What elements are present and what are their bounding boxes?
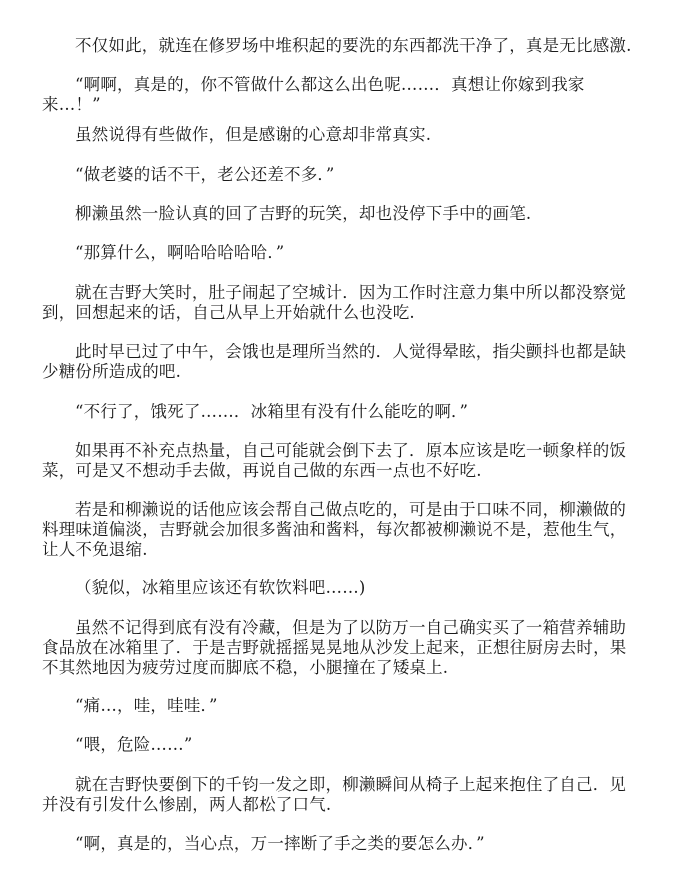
paragraph-3: 虽然说得有些做作，但是感谢的心意却非常真实. xyxy=(42,125,642,145)
paragraph-17: “啊，真是的，当心点，万一摔断了手之类的要怎么办．” xyxy=(42,834,642,854)
paragraph-4: “做老婆的话不干，老公还差不多．” xyxy=(42,165,642,185)
paragraph-2: “啊啊，真是的，你不管做什么都这么出色呢……．真想让你嫁到我家来…！” xyxy=(42,75,642,115)
paragraph-7: 就在吉野大笑时，肚子闹起了空城计．因为工作时注意力集中所以都没察觉到，回想起来的… xyxy=(42,283,642,323)
paragraph-10: 如果再不补充点热量，自己可能就会倒下去了．原本应该是吃一顿象样的饭菜，可是又不想… xyxy=(42,441,642,481)
paragraph-16: 就在吉野快要倒下的千钧一发之即，柳濑瞬间从椅子上起来抱住了自己．见并没有引发什么… xyxy=(42,775,642,815)
paragraph-11: 若是和柳濑说的话他应该会帮自己做点吃的，可是由于口味不同，柳濑做的料理味道偏淡，… xyxy=(42,500,642,560)
document-page: 不仅如此，就连在修罗场中堆积起的要洗的东西都洗干净了，真是无比感激. “啊啊，真… xyxy=(0,0,680,880)
paragraph-1: 不仅如此，就连在修罗场中堆积起的要洗的东西都洗干净了，真是无比感激. xyxy=(42,36,642,56)
paragraph-5: 柳濑虽然一脸认真的回了吉野的玩笑，却也没停下手中的画笔. xyxy=(42,204,642,224)
paragraph-12: （貌似，冰箱里应该还有软饮料吧……) xyxy=(42,578,642,598)
paragraph-9: “不行了，饿死了……．冰箱里有没有什么能吃的啊．” xyxy=(42,402,642,422)
paragraph-14: “痛…，哇，哇哇．” xyxy=(42,696,642,716)
paragraph-8: 此时早已过了中午，会饿也是理所当然的．人觉得晕眩，指尖颤抖也都是缺少糖份所造成的… xyxy=(42,342,642,382)
paragraph-15: “喂，危险……” xyxy=(42,735,642,755)
paragraph-6: “那算什么，啊哈哈哈哈哈．” xyxy=(42,243,642,263)
paragraph-13: 虽然不记得到底有没有冷藏，但是为了以防万一自己确实买了一箱营养辅助食品放在冰箱里… xyxy=(42,618,642,678)
